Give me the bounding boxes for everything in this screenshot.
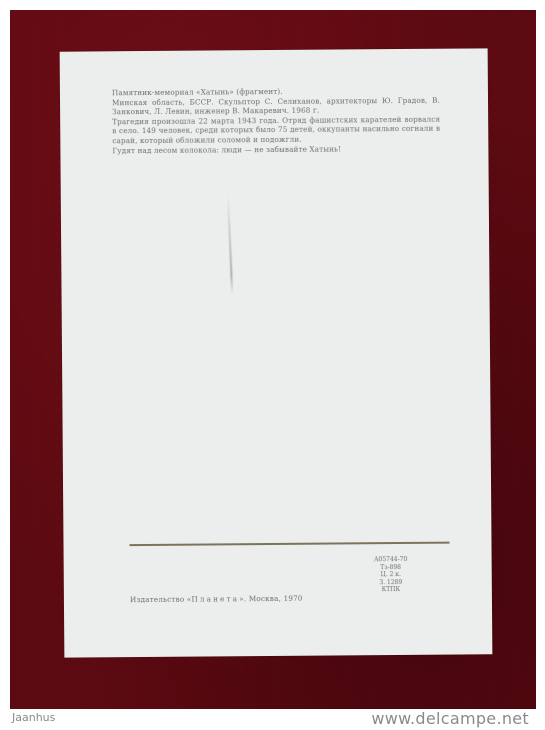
seller-watermark: Jaanhus [12, 711, 55, 724]
publisher-prefix: Издательство « [130, 595, 192, 604]
horizontal-rule [129, 542, 449, 547]
caption-history: Трагедия произошла 22 марта 1943 года. О… [112, 114, 440, 145]
publisher-line: Издательство «Планета». Москва, 1970 [130, 594, 303, 604]
publisher-name: Планета [191, 594, 239, 603]
caption-credits: Минская область, БССР. Скульптор С. Сели… [112, 95, 440, 117]
pen-mark [227, 195, 233, 295]
caption-epigraph: Гудят над лесом колокола: люди — не забы… [112, 143, 440, 155]
postcard-back: Памятник-мемориал «Хатынь» (фрагмент). М… [60, 48, 493, 657]
caption-block: Памятник-мемориал «Хатынь» (фрагмент). М… [112, 86, 441, 156]
print-codes: А05744-70 Тз-898 Ц. 2 к. З. 1289 КТПК [366, 556, 416, 594]
print-code: КТПК [366, 586, 416, 594]
publisher-suffix: ». Москва, 1970 [239, 594, 302, 603]
site-watermark: www.delcampe.net [371, 709, 529, 728]
